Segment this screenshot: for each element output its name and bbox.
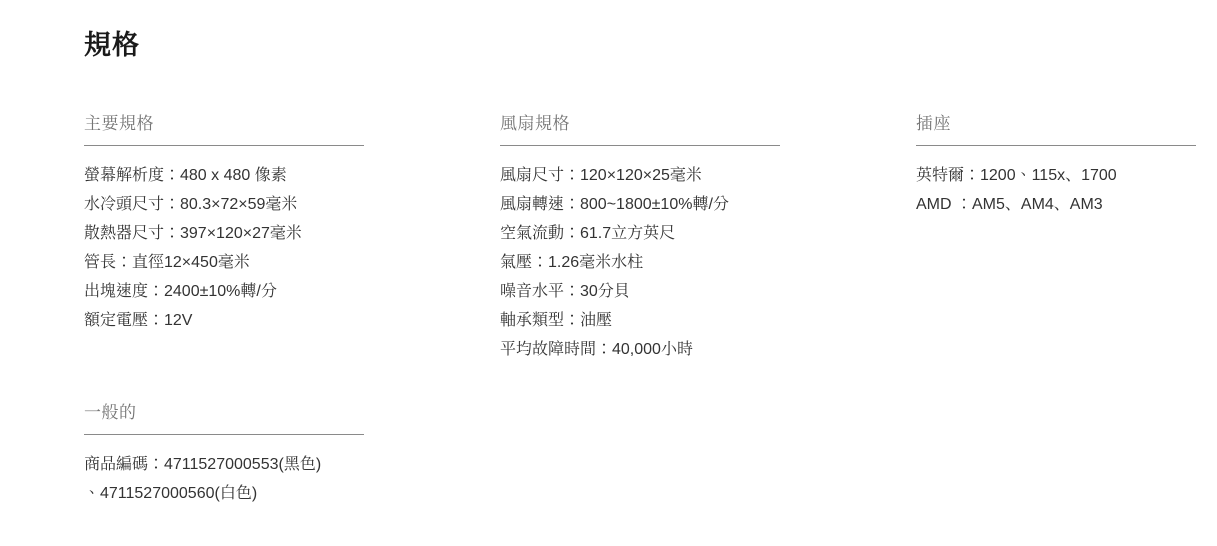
spec-rows-main: 螢幕解析度：480 x 480 像素水冷頭尺寸：80.3×72×59毫米散熱器尺… [84, 161, 364, 335]
spec-row: 水冷頭尺寸：80.3×72×59毫米 [84, 190, 364, 219]
spec-row: AMD ：AM5、AM4、AM3 [916, 190, 1196, 219]
spec-rows-socket: 英特爾：1200、115x、1700AMD ：AM5、AM4、AM3 [916, 161, 1196, 219]
section-heading-socket: 插座 [916, 114, 1196, 146]
spec-row: 軸承類型：油壓 [500, 306, 780, 335]
spec-row: 風扇轉速：800~1800±10%轉/分 [500, 190, 780, 219]
spec-row: 英特爾：1200、115x、1700 [916, 161, 1196, 190]
page-title: 規格 [84, 28, 1217, 62]
section-main-specs: 主要規格 螢幕解析度：480 x 480 像素水冷頭尺寸：80.3×72×59毫… [84, 114, 364, 335]
spec-row: 氣壓：1.26毫米水柱 [500, 248, 780, 277]
spec-row: 散熱器尺寸：397×120×27毫米 [84, 219, 364, 248]
spec-row: 噪音水平：30分貝 [500, 277, 780, 306]
section-socket: 插座 英特爾：1200、115x、1700AMD ：AM5、AM4、AM3 [916, 114, 1196, 219]
spec-row: 管長：直徑12×450毫米 [84, 248, 364, 277]
spec-row: 出塊速度：2400±10%轉/分 [84, 277, 364, 306]
specifications-page: 規格 主要規格 螢幕解析度：480 x 480 像素水冷頭尺寸：80.3×72×… [0, 0, 1217, 508]
spec-column-1: 主要規格 螢幕解析度：480 x 480 像素水冷頭尺寸：80.3×72×59毫… [84, 114, 364, 508]
spec-row: 空氣流動：61.7立方英尺 [500, 219, 780, 248]
spec-row: 額定電壓：12V [84, 306, 364, 335]
spec-row: 螢幕解析度：480 x 480 像素 [84, 161, 364, 190]
spec-rows-general: 商品編碼：4711527000553(黑色)、4711527000560(白色) [84, 450, 364, 508]
spec-row: 風扇尺寸：120×120×25毫米 [500, 161, 780, 190]
section-heading-main-specs: 主要規格 [84, 114, 364, 146]
section-general: 一般的 商品編碼：4711527000553(黑色)、4711527000560… [84, 403, 364, 508]
spec-row: 商品編碼：4711527000553(黑色) [84, 450, 364, 479]
spec-column-2: 風扇規格 風扇尺寸：120×120×25毫米風扇轉速：800~1800±10%轉… [500, 114, 780, 364]
spec-row: 平均故障時間：40,000小時 [500, 335, 780, 364]
section-fan-specs: 風扇規格 風扇尺寸：120×120×25毫米風扇轉速：800~1800±10%轉… [500, 114, 780, 364]
spec-row: 、4711527000560(白色) [84, 479, 364, 508]
spec-grid: 主要規格 螢幕解析度：480 x 480 像素水冷頭尺寸：80.3×72×59毫… [84, 114, 1217, 508]
section-heading-general: 一般的 [84, 403, 364, 435]
section-heading-fan-specs: 風扇規格 [500, 114, 780, 146]
spec-rows-fan: 風扇尺寸：120×120×25毫米風扇轉速：800~1800±10%轉/分空氣流… [500, 161, 780, 364]
spec-column-3: 插座 英特爾：1200、115x、1700AMD ：AM5、AM4、AM3 [916, 114, 1196, 219]
